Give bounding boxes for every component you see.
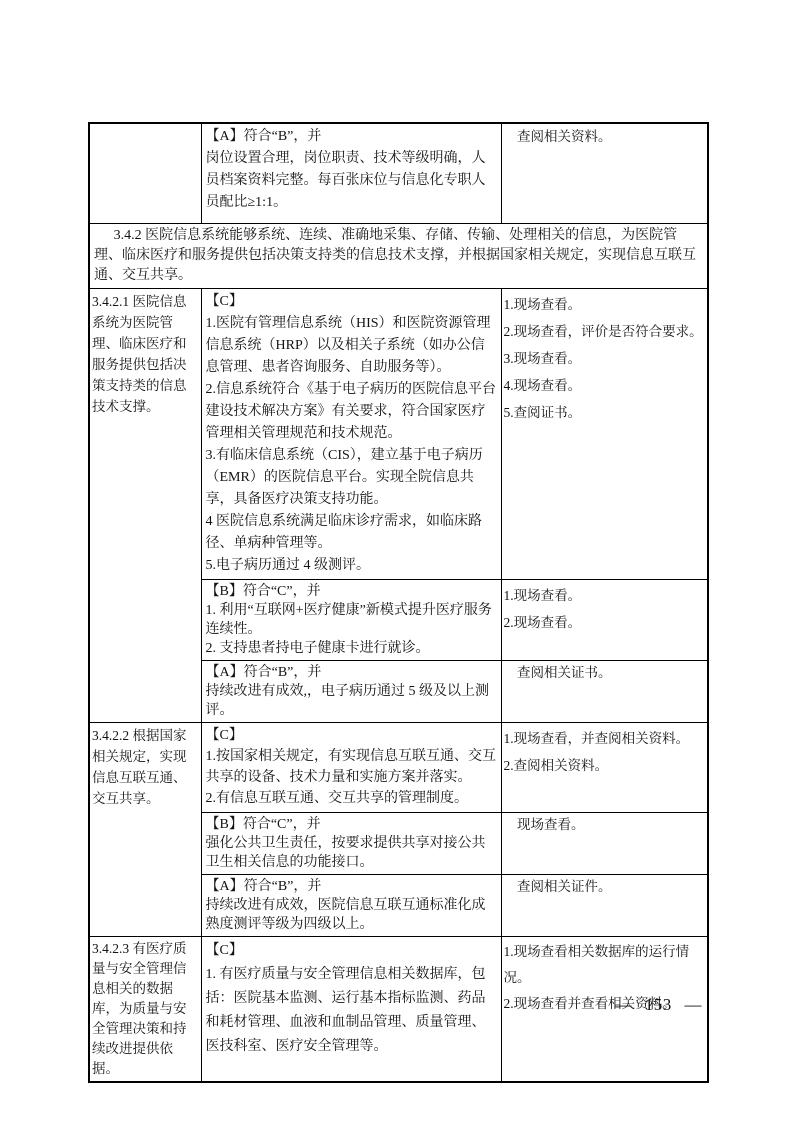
page-number: — 153 — [615,995,703,1015]
clause-title-cell: 3.4.2.2 根据国家相关规定，实现信息互联互通、交互共享。 [89,722,201,936]
table-row-carryover: 【A】符合“B”，并 岗位设置合理，岗位职责、技术等级明确，人员档案资料完整。每… [89,123,708,223]
grade-a-requirement-cell: 【A】符合“B”，并 持续改进有成效，医院信息互联互通标准化成熟度测评等级为四级… [201,874,501,936]
method-cell: 1.现场查看，并查阅相关资料。 2.查阅相关资料。 [501,722,708,812]
grade-a-requirement-cell: 【A】符合“B”，并 持续改进有成效,，电子病历通过 5 级及以上测评。 [201,660,501,722]
clause-title-cell: 3.4.2.1 医院信息系统为医院管理、临床医疗和服务提供包括决策支持类的信息技… [89,288,201,722]
grade-c-requirement-cell: 【C】 1.医院有管理信息系统（HIS）和医院资源管理信息系统（HRP）以及相关… [201,288,501,579]
clause-title-cell-empty [89,123,201,223]
grade-c-requirement-cell: 【C】 1.按国家相关规定，有实现信息互联互通、交互共享的设备、技术力量和实施方… [201,722,501,812]
method-cell: 1.现场查看。 2.现场查看。 [501,579,708,660]
clause-title-cell: 3.4.2.3 有医疗质量与安全管理信息相关的数据库，为质量与安全管理决策和持续… [89,936,201,1082]
evaluation-table: 【A】符合“B”，并 岗位设置合理，岗位职责、技术等级明确，人员档案资料完整。每… [88,122,709,1083]
method-cell: 查阅相关证书。 [501,660,708,722]
method-cell: 1.现场查看。 2.现场查看，评价是否符合要求。 3.现场查看。 4.现场查看。… [501,288,708,579]
grade-b-requirement-cell: 【B】符合“C”，并 强化公共卫生责任，按要求提供共享对接公共卫生相关信息的功能… [201,812,501,874]
document-page: 【A】符合“B”，并 岗位设置合理，岗位职责、技术等级明确，人员档案资料完整。每… [0,0,793,1122]
section-header-cell: 3.4.2 医院信息系统能够系统、连续、准确地采集、存储、传输、处理相关的信息，… [89,223,708,288]
grade-c-requirement-cell: 【C】 1. 有医疗质量与安全管理信息相关数据库，包括：医院基本监测、运行基本指… [201,936,501,1082]
table-row-3-4-2-1-c: 3.4.2.1 医院信息系统为医院管理、临床医疗和服务提供包括决策支持类的信息技… [89,288,708,579]
table-row-section-header: 3.4.2 医院信息系统能够系统、连续、准确地采集、存储、传输、处理相关的信息，… [89,223,708,288]
method-cell: 现场查看。 [501,812,708,874]
method-cell: 查阅相关证件。 [501,874,708,936]
grade-b-requirement-cell: 【B】符合“C”，并 1. 利用“互联网+医疗健康”新模式提升医疗服务连续性。 … [201,579,501,660]
table-row-3-4-2-2-c: 3.4.2.2 根据国家相关规定，实现信息互联互通、交互共享。 【C】 1.按国… [89,722,708,812]
method-cell: 查阅相关资料。 [501,123,708,223]
grade-a-requirement-cell: 【A】符合“B”，并 岗位设置合理，岗位职责、技术等级明确，人员档案资料完整。每… [201,123,501,223]
